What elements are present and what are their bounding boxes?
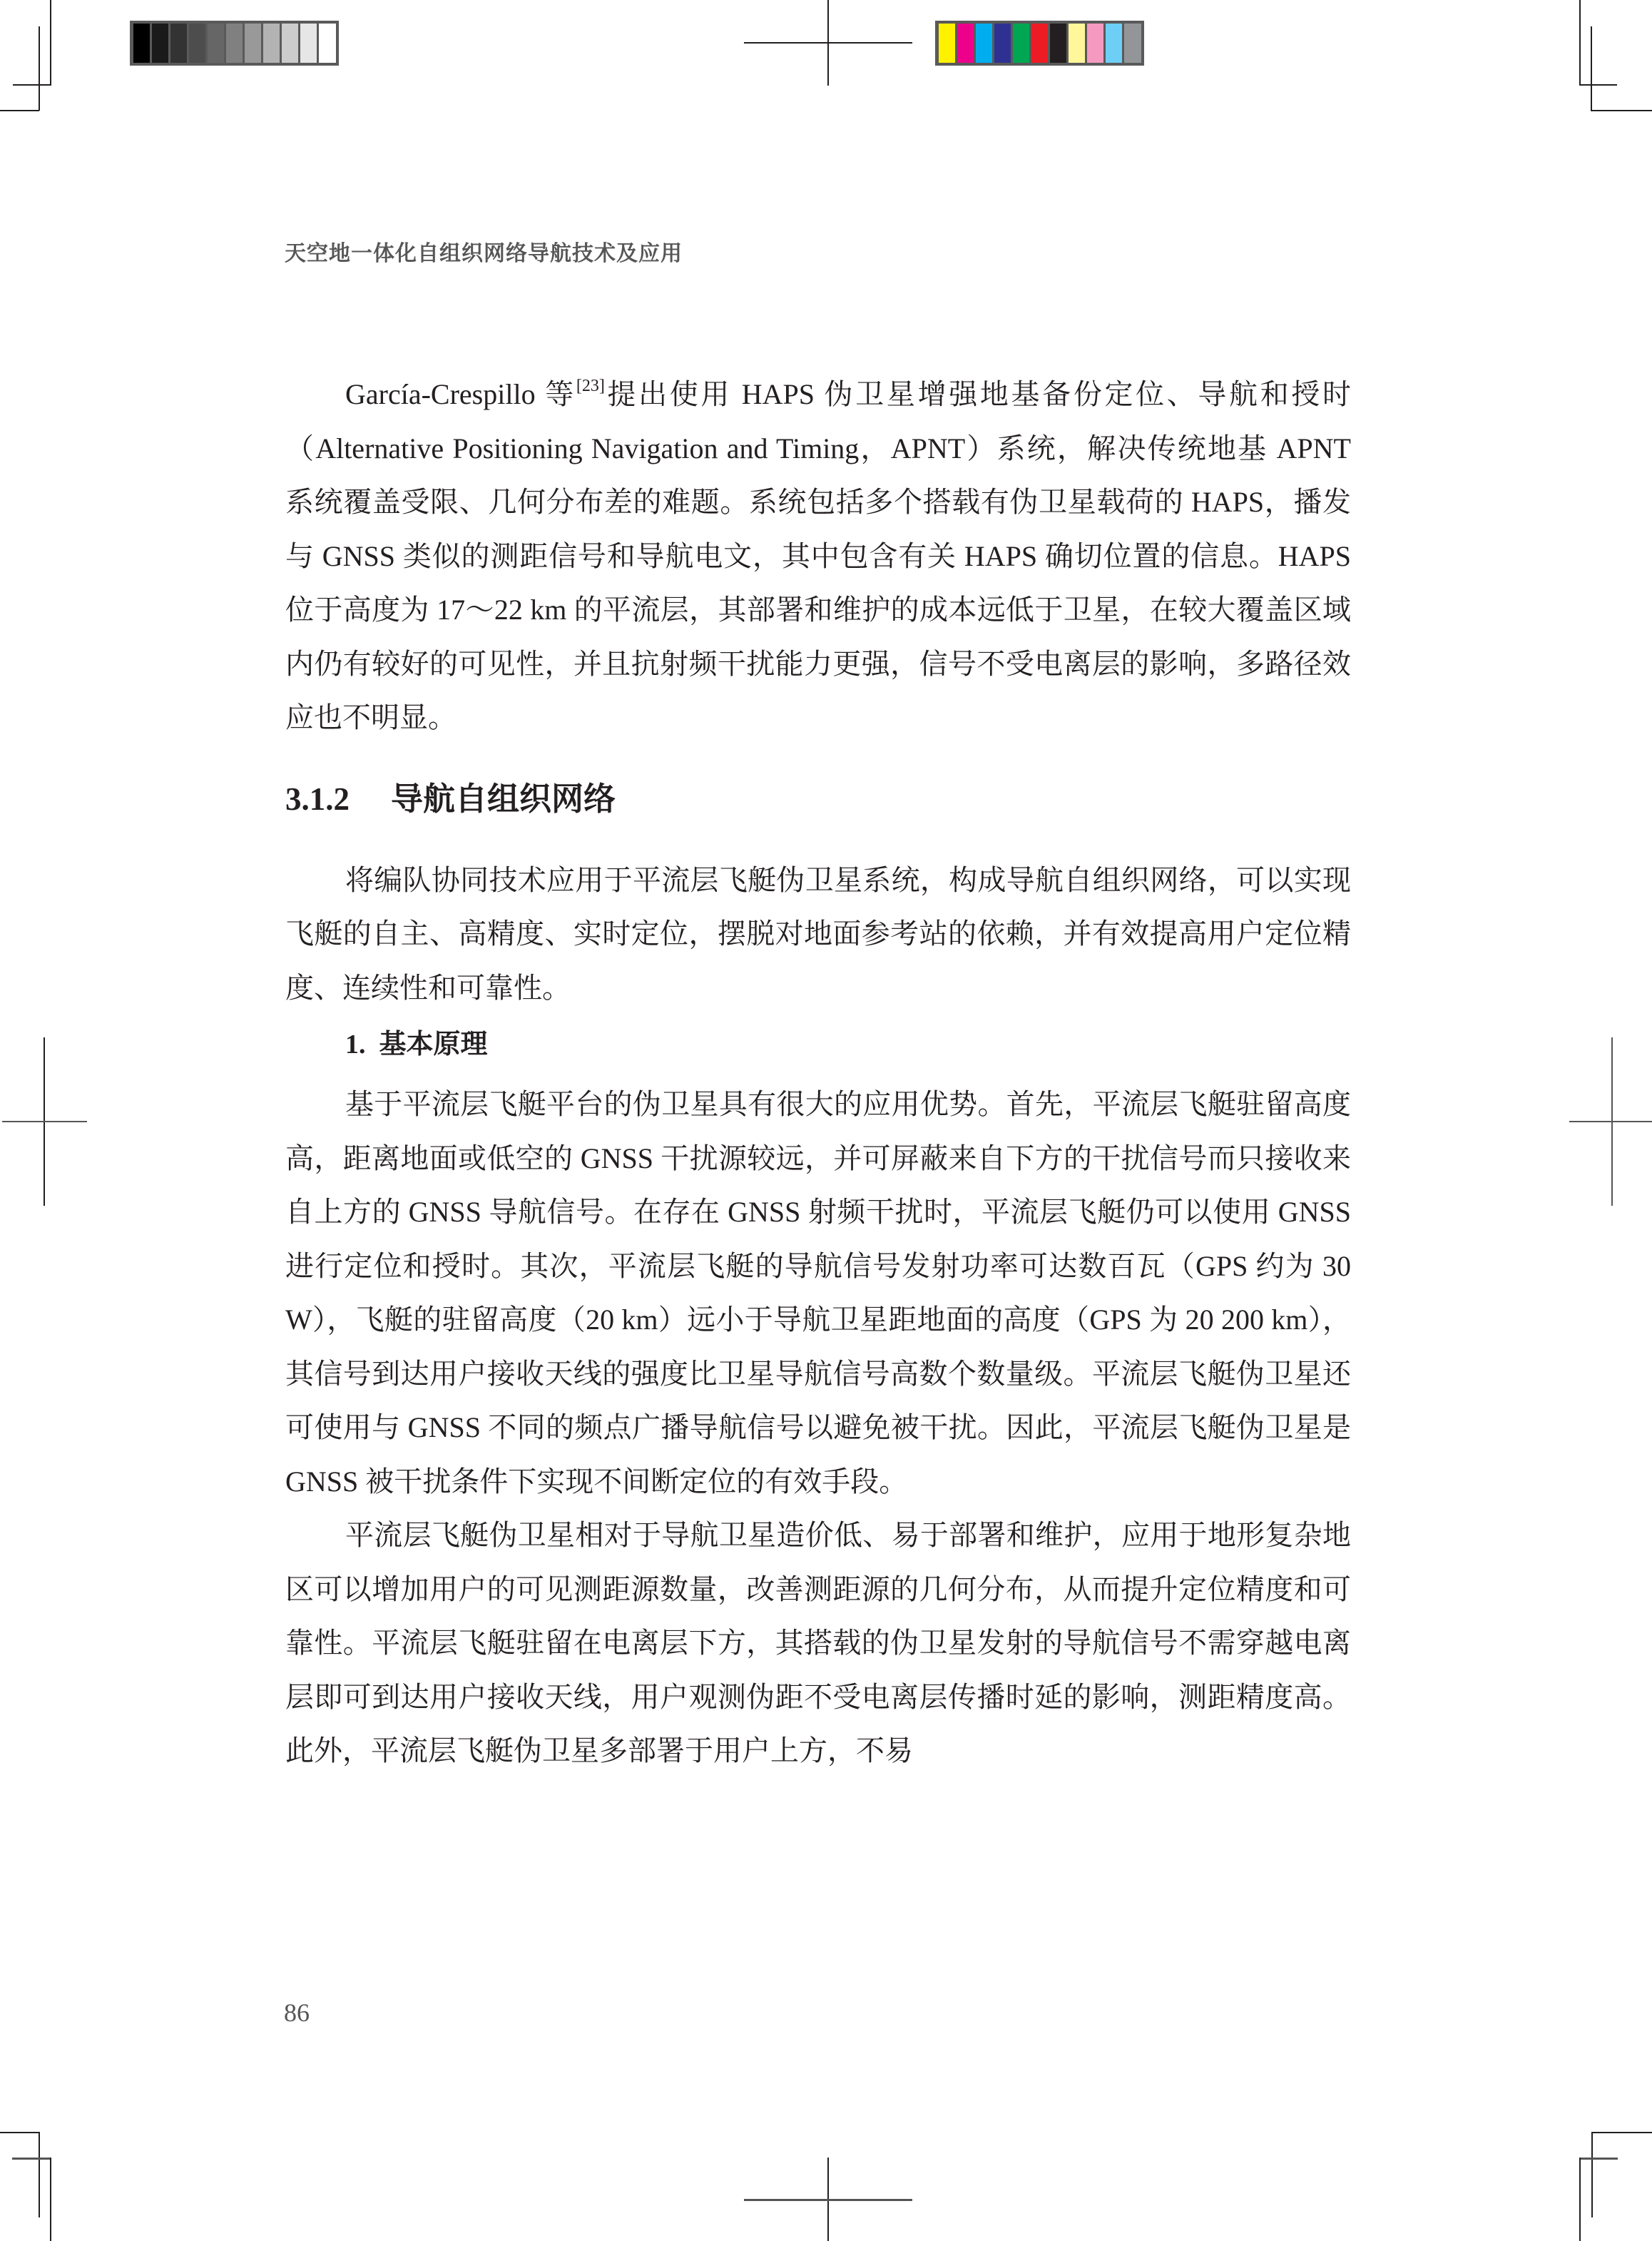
- crop-mark-bottom-right-h1: [1591, 2132, 1652, 2133]
- crop-mark-bottom-center-h: [744, 2199, 912, 2201]
- color-swatch: [133, 24, 150, 63]
- section-number: 3.1.2: [285, 771, 391, 828]
- color-swatch: [282, 24, 298, 63]
- color-swatch: [976, 24, 992, 63]
- crop-mark-bottom-left-h1: [0, 2132, 39, 2133]
- color-swatch: [208, 24, 224, 63]
- intro-paragraph: García-Crespillo 等[23]提出使用 HAPS 伪卫星增强地基备…: [285, 367, 1351, 745]
- color-swatch: [170, 24, 187, 63]
- color-swatch: [957, 24, 974, 63]
- running-head: 天空地一体化自组织网络导航技术及应用: [285, 235, 683, 267]
- color-swatch: [300, 24, 317, 63]
- color-swatch: [263, 24, 280, 63]
- crop-mark-bottom-left-h2: [12, 2158, 51, 2160]
- body-paragraph: 平流层飞艇伪卫星相对于导航卫星造价低、易于部署和维护，应用于地形复杂地区可以增加…: [285, 1508, 1351, 1778]
- crop-mark-bottom-right-v1: [1591, 2132, 1593, 2217]
- intro-text-b: 提出使用 HAPS 伪卫星增强地基备份定位、导航和授时（Alternative …: [285, 378, 1351, 733]
- crop-mark-bottom-right-v2: [1579, 2158, 1581, 2241]
- color-swatch: [152, 24, 168, 63]
- color-swatch: [1050, 24, 1066, 63]
- color-swatch: [1069, 24, 1085, 63]
- color-swatch: [189, 24, 205, 63]
- color-swatch: [1013, 24, 1029, 63]
- section-title: 导航自组织网络: [391, 781, 616, 817]
- crop-mark-mid-right-h: [1569, 1121, 1652, 1122]
- intro-text-a: García-Crespillo 等: [345, 378, 576, 410]
- color-swatch: [245, 24, 261, 63]
- section-paragraph: 将编队协同技术应用于平流层飞艇伪卫星系统，构成导航自组织网络，可以实现飞艇的自主…: [285, 853, 1351, 1015]
- color-swatch: [319, 24, 335, 63]
- color-swatch: [994, 24, 1011, 63]
- crop-mark-top-left-h2: [0, 110, 39, 111]
- color-swatch: [1106, 24, 1122, 63]
- subsection-number: 1.: [345, 1030, 366, 1059]
- color-swatch: [1124, 24, 1141, 63]
- crop-mark-top-left-v2: [39, 26, 40, 111]
- citation-ref: [23]: [576, 377, 605, 395]
- section-heading: 3.1.2导航自组织网络: [285, 771, 1351, 828]
- crop-mark-top-right-h1: [1579, 84, 1617, 86]
- color-swatch: [1087, 24, 1103, 63]
- page-number: 86: [284, 1998, 310, 2028]
- color-swatch: [939, 24, 955, 63]
- body-paragraph: 基于平流层飞艇平台的伪卫星具有很大的应用优势。首先，平流层飞艇驻留高度高，距离地…: [285, 1077, 1351, 1508]
- crop-mark-top-right-h2: [1591, 110, 1652, 111]
- subsection-title: 基本原理: [379, 1030, 488, 1059]
- crop-mark-mid-left-h: [2, 1121, 87, 1122]
- crop-mark-top-right-v1: [1579, 0, 1581, 86]
- color-calibration-bar: [935, 21, 1144, 66]
- subsection-heading: 1. 基本原理: [285, 1018, 1351, 1072]
- color-swatch: [1031, 24, 1048, 63]
- page-content: García-Crespillo 等[23]提出使用 HAPS 伪卫星增强地基备…: [285, 367, 1351, 1778]
- color-swatch: [226, 24, 243, 63]
- grayscale-calibration-bar: [130, 21, 339, 66]
- crop-mark-bottom-right-h2: [1579, 2158, 1618, 2160]
- crop-mark-top-left-h1: [13, 84, 51, 86]
- crop-mark-bottom-left-v1: [39, 2132, 40, 2217]
- crop-mark-top-right-v2: [1591, 26, 1592, 111]
- crop-mark-bottom-left-v2: [50, 2158, 51, 2241]
- crop-mark-top-center-v: [827, 0, 829, 86]
- crop-mark-top-left-v1: [50, 0, 51, 86]
